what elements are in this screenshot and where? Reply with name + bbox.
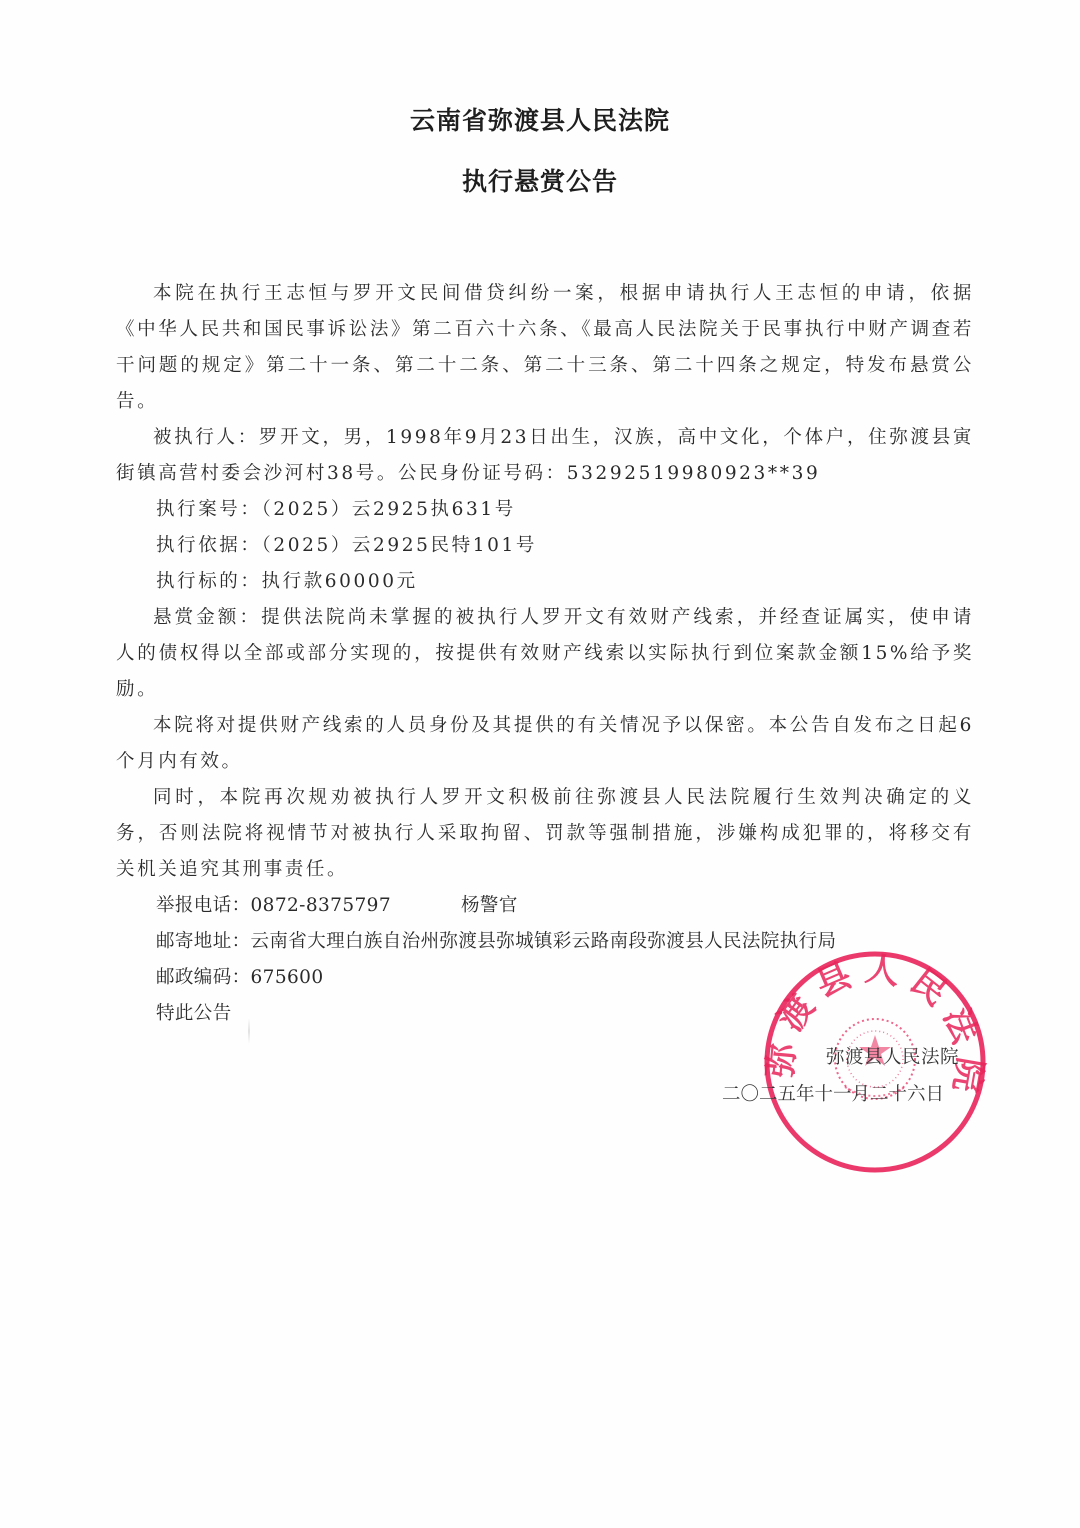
intro-paragraph: 本院在执行王志恒与罗开文民间借贷纠纷一案，根据申请执行人王志恒的申请，依据《中华… <box>116 276 974 420</box>
court-name-heading: 云南省弥渡县人民法院 <box>0 101 1080 137</box>
signature-date: 二〇二五年十一月二十六日 <box>722 1080 944 1106</box>
case-number-line: 执行案号：（2025）云2925执631号 <box>116 492 974 528</box>
signature-organization: 弥渡县人民法院 <box>826 1043 959 1069</box>
basis-line: 执行依据：（2025）云2925民特101号 <box>116 528 974 564</box>
reward-paragraph: 悬赏金额：提供法院尚未掌握的被执行人罗开文有效财产线索，并经查证属实，使申请人的… <box>116 600 974 708</box>
notice-page: 云南省弥渡县人民法院 执行悬赏公告 本院在执行王志恒与罗开文民间借贷纠纷一案，根… <box>0 0 1080 1528</box>
subject-line: 执行标的：执行款60000元 <box>116 564 974 600</box>
warning-paragraph: 同时，本院再次规劝被执行人罗开文积极前往弥渡县人民法院履行生效判决确定的义务，否… <box>116 780 974 888</box>
contact-person: 杨警官 <box>461 895 518 916</box>
respondent-paragraph: 被执行人：罗开文，男，1998年9月23日出生，汉族，高中文化，个体户，住弥渡县… <box>116 420 974 492</box>
confidentiality-paragraph: 本院将对提供财产线索的人员身份及其提供的有关情况予以保密。本公告自发布之日起6个… <box>116 708 974 780</box>
hotline-number: 举报电话：0872-8375797 <box>156 895 391 916</box>
scan-artifact <box>248 1018 250 1044</box>
hotline-line: 举报电话：0872-8375797杨警官 <box>116 888 974 924</box>
notice-title: 执行悬赏公告 <box>0 162 1080 198</box>
notice-body: 本院在执行王志恒与罗开文民间借贷纠纷一案，根据申请执行人王志恒的申请，依据《中华… <box>116 276 974 1032</box>
